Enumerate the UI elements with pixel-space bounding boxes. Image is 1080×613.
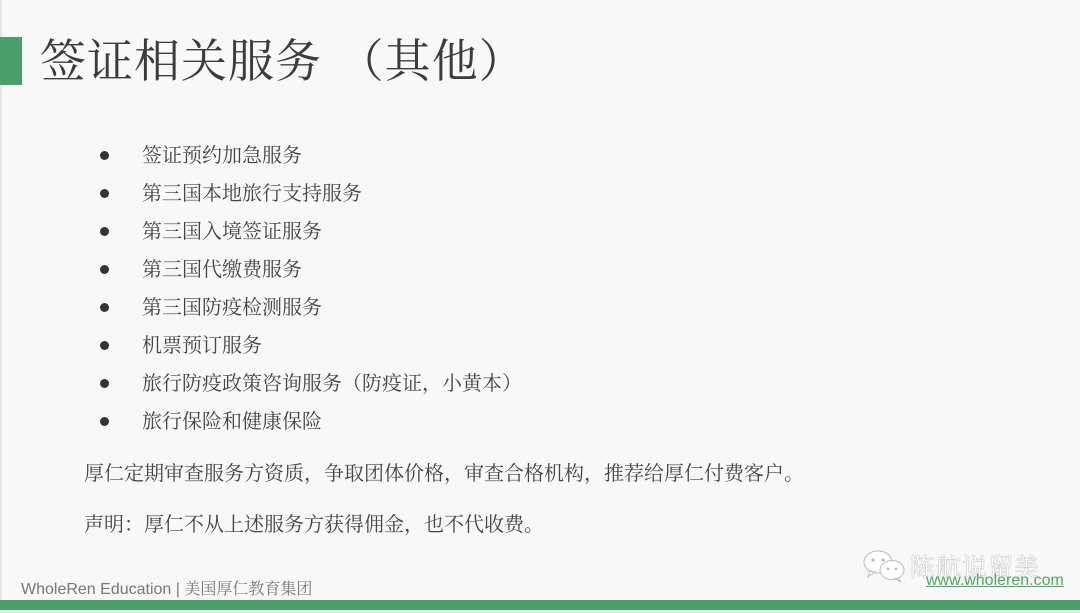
list-item-text: 机票预订服务 bbox=[142, 326, 262, 364]
review-paragraph: 厚仁定期审查服务方资质，争取团体价格，审查合格机构，推荐给厚仁付费客户。 bbox=[84, 457, 804, 486]
list-item: 第三国本地旅行支持服务 bbox=[96, 174, 522, 212]
list-item-text: 第三国入境签证服务 bbox=[142, 212, 322, 250]
title-accent-bar bbox=[0, 37, 22, 85]
list-item: 第三国代缴费服务 bbox=[96, 250, 522, 288]
list-item-text: 旅行防疫政策咨询服务（防疫证，小黄本） bbox=[142, 364, 522, 402]
list-item-text: 签证预约加急服务 bbox=[142, 136, 302, 174]
list-item-text: 旅行保险和健康保险 bbox=[142, 402, 322, 440]
footer-org-label: WholeRen Education | 美国厚仁教育集团 bbox=[21, 576, 312, 599]
bullet-icon bbox=[100, 303, 109, 312]
list-item: 签证预约加急服务 bbox=[96, 136, 522, 174]
list-item: 第三国防疫检测服务 bbox=[96, 288, 522, 326]
bullet-icon bbox=[100, 151, 109, 160]
disclaimer-paragraph: 声明：厚仁不从上述服务方获得佣金，也不代收费。 bbox=[84, 508, 544, 537]
left-edge-border bbox=[0, 0, 2, 600]
bullet-icon bbox=[100, 417, 109, 426]
bullet-icon bbox=[100, 341, 109, 350]
list-item: 旅行防疫政策咨询服务（防疫证，小黄本） bbox=[96, 364, 522, 402]
bullet-icon bbox=[100, 379, 109, 388]
list-item: 旅行保险和健康保险 bbox=[96, 402, 522, 440]
bullet-icon bbox=[100, 189, 109, 198]
bullet-icon bbox=[100, 265, 109, 274]
service-list: 签证预约加急服务 第三国本地旅行支持服务 第三国入境签证服务 第三国代缴费服务 … bbox=[96, 136, 522, 440]
list-item-text: 第三国防疫检测服务 bbox=[142, 288, 322, 326]
bullet-icon bbox=[100, 227, 109, 236]
bottom-accent-band bbox=[0, 600, 1080, 610]
list-item-text: 第三国本地旅行支持服务 bbox=[142, 174, 362, 212]
list-item-text: 第三国代缴费服务 bbox=[142, 250, 302, 288]
list-item: 机票预订服务 bbox=[96, 326, 522, 364]
list-item: 第三国入境签证服务 bbox=[96, 212, 522, 250]
watermark-url-link[interactable]: www.wholeren.com bbox=[926, 572, 1064, 590]
wechat-icon bbox=[862, 549, 906, 583]
slide-title: 签证相关服务 （其他） bbox=[40, 26, 526, 96]
